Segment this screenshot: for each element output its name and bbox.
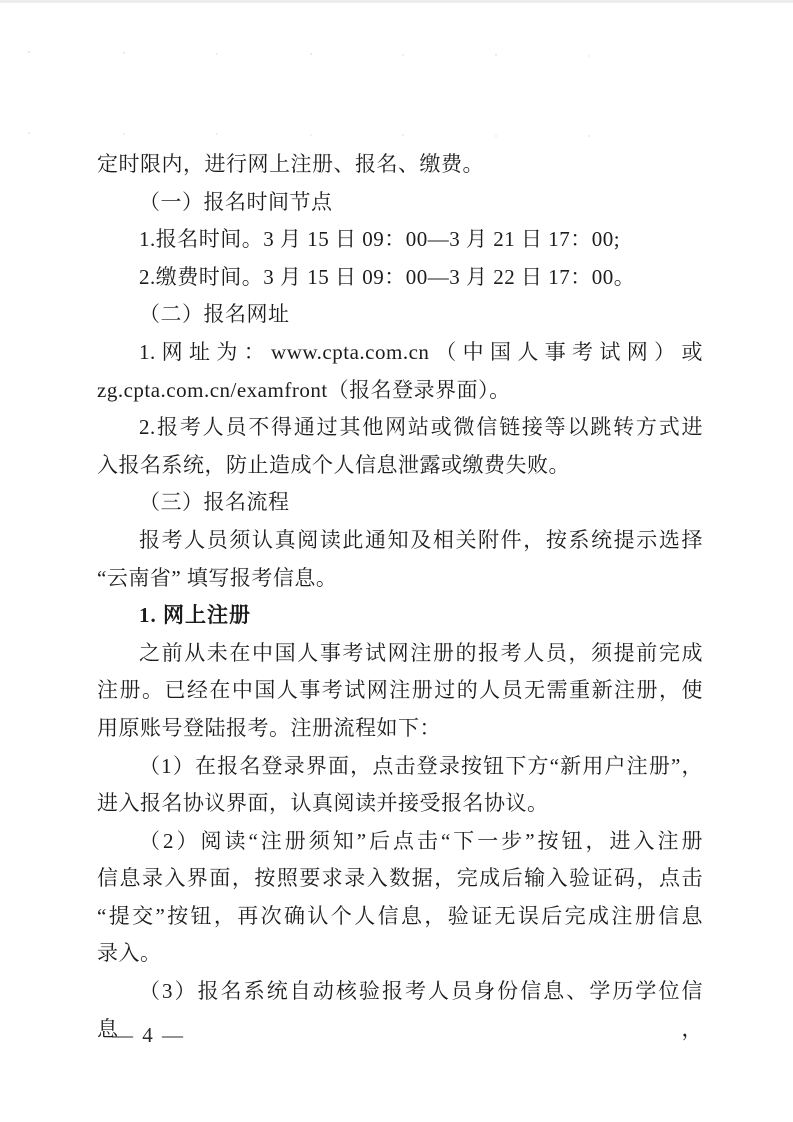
text-line: 1.报名时间。3 月 15 日 09：00—3 月 21 日 17：00; [97,221,703,259]
text-line: 入报名系统，防止造成个人信息泄露或缴费失败。 [97,447,703,485]
scan-edge-artifact [0,0,793,3]
text-line: 2.缴费时间。3 月 15 日 09：00—3 月 22 日 17：00。 [97,259,703,297]
text-line: 报考人员须认真阅读此通知及相关附件，按系统提示选择 [97,522,703,560]
section-heading: 1. 网上注册 [97,597,703,635]
text-line: 注册。已经在中国人事考试网注册过的人员无需重新注册，使 [97,672,703,710]
text-line: 定时限内，进行网上注册、报名、缴费。 [97,146,703,184]
text-line: 信息录入界面，按照要求录入数据，完成后输入验证码，点击 [97,860,703,898]
text-line: （1）在报名登录界面，点击登录按钮下方“新用户注册”， [97,748,703,786]
document-page: 定时限内，进行网上注册、报名、缴费。 （一）报名时间节点 1.报名时间。3 月 … [0,0,793,1122]
text-line: 用原账号登陆报考。注册流程如下： [97,710,703,748]
text-line: （一）报名时间节点 [97,184,703,222]
text-line: 2.报考人员不得通过其他网站或微信链接等以跳转方式进 [97,409,703,447]
page-number: — 4 — [112,1023,185,1048]
text-line: “云南省” 填写报考信息。 [97,560,703,598]
text-line: “提交”按钮，再次确认个人信息，验证无误后完成注册信息 [97,898,703,936]
text-line: 1.网址为：www.cpta.com.cn（中国人事考试网）或 [97,334,703,372]
text-line: 之前从未在中国人事考试网注册的报考人员，须提前完成 [97,635,703,673]
text-line: （3）报名系统自动核验报考人员身份信息、学历学位信息， [97,973,703,1048]
text-line: （2）阅读“注册须知”后点击“下一步”按钮，进入注册 [97,823,703,861]
text-line: （二）报名网址 [97,296,703,334]
text-line: 进入报名协议界面，认真阅读并接受报名协议。 [97,785,703,823]
scan-noise [28,51,30,53]
text-line: （三）报名流程 [97,484,703,522]
text-line: zg.cpta.com.cn/examfront（报名登录界面）。 [97,372,703,410]
text-line: 录入。 [97,935,703,973]
text-block: 定时限内，进行网上注册、报名、缴费。 （一）报名时间节点 1.报名时间。3 月 … [97,146,703,1048]
